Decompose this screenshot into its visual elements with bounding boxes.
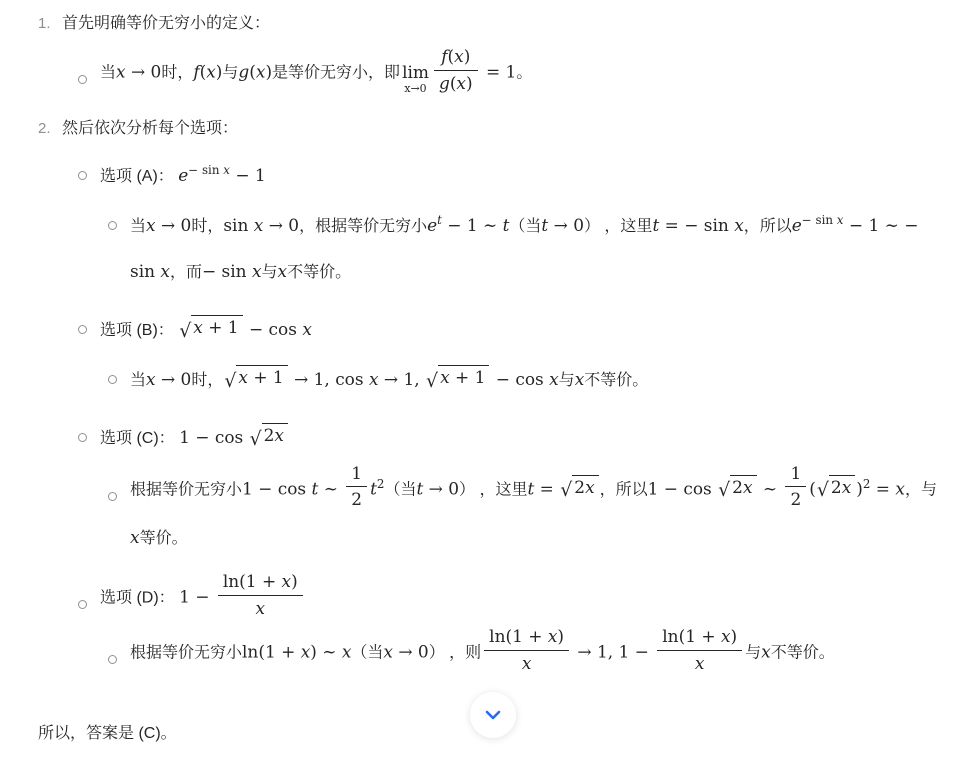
step-2: 2.然后依次分析每个选项：	[0, 117, 972, 141]
radical: √2x	[718, 475, 756, 498]
fraction: 12	[785, 462, 806, 513]
fraction: 12	[346, 462, 367, 513]
bullet-icon	[78, 600, 87, 609]
radical: √x + 1	[224, 365, 287, 388]
limit-operator: limx→0	[402, 64, 429, 95]
option-d: 选项 (D)： 1 − ln(1 + x)x	[0, 573, 972, 624]
option-a: 选项 (A)： e− sin x − 1	[0, 153, 972, 199]
step-1-text: 首先明确等价无穷小的定义：	[62, 12, 938, 36]
step-2-text: 然后依次分析每个选项：	[62, 117, 938, 141]
fraction: ln(1 + x)x	[657, 625, 742, 676]
radical: √2x	[250, 423, 288, 446]
bullet-icon	[108, 375, 117, 384]
radical: √2x	[817, 475, 855, 498]
step-1-definition-text: 当x → 0时，f(x)与g(x)是等价无穷小，即limx→0f(x)g(x) …	[100, 48, 938, 99]
option-d-analysis-text: 根据等价无穷小ln(1 + x) ∼ x（当x → 0） ，则ln(1 + x)…	[130, 628, 938, 679]
step-1: 1.首先明确等价无穷小的定义：	[0, 12, 972, 36]
option-b-analysis: 当x → 0时，√x + 1 → 1, cos x → 1, √x + 1 − …	[0, 357, 972, 403]
radical: √2x	[560, 475, 598, 498]
fraction: ln(1 + x)x	[484, 625, 569, 676]
radical: √x + 1	[426, 365, 489, 388]
option-a-analysis-text: 当x → 0时，sin x → 0，根据等价无穷小et − 1 ∼ t（当t →…	[130, 203, 938, 295]
option-c-text: 选项 (C)： 1 − cos √2x	[100, 415, 938, 461]
chevron-down-icon	[482, 704, 504, 726]
option-b: 选项 (B)： √x + 1 − cos x	[0, 307, 972, 353]
option-c: 选项 (C)： 1 − cos √2x	[0, 415, 972, 461]
list-number: 2.	[38, 117, 62, 141]
answer-content: 1.首先明确等价无穷小的定义：当x → 0时，f(x)与g(x)是等价无穷小，即…	[0, 0, 972, 746]
bullet-icon	[78, 325, 87, 334]
scroll-to-bottom-button[interactable]	[470, 692, 516, 738]
bullet-icon	[108, 221, 117, 230]
bullet-icon	[108, 492, 117, 501]
option-d-text: 选项 (D)： 1 − ln(1 + x)x	[100, 573, 938, 624]
option-b-text: 选项 (B)： √x + 1 − cos x	[100, 307, 938, 353]
bullet-icon	[78, 75, 87, 84]
option-c-analysis: 根据等价无穷小1 − cos t ∼ 12t2（当t → 0） ，这里t = √…	[0, 465, 972, 562]
option-a-text: 选项 (A)： e− sin x − 1	[100, 153, 938, 199]
bullet-icon	[108, 655, 117, 664]
option-d-analysis: 根据等价无穷小ln(1 + x) ∼ x（当x → 0） ，则ln(1 + x)…	[0, 628, 972, 679]
step-1-definition: 当x → 0时，f(x)与g(x)是等价无穷小，即limx→0f(x)g(x) …	[0, 48, 972, 99]
list-number: 1.	[38, 12, 62, 36]
bullet-icon	[78, 171, 87, 180]
bullet-icon	[78, 433, 87, 442]
option-c-analysis-text: 根据等价无穷小1 − cos t ∼ 12t2（当t → 0） ，这里t = √…	[130, 465, 938, 562]
fraction: f(x)g(x)	[434, 45, 478, 96]
option-b-analysis-text: 当x → 0时，√x + 1 → 1, cos x → 1, √x + 1 − …	[130, 357, 938, 403]
fraction: ln(1 + x)x	[218, 570, 303, 621]
option-a-analysis: 当x → 0时，sin x → 0，根据等价无穷小et − 1 ∼ t（当t →…	[0, 203, 972, 295]
radical: √x + 1	[179, 315, 242, 338]
